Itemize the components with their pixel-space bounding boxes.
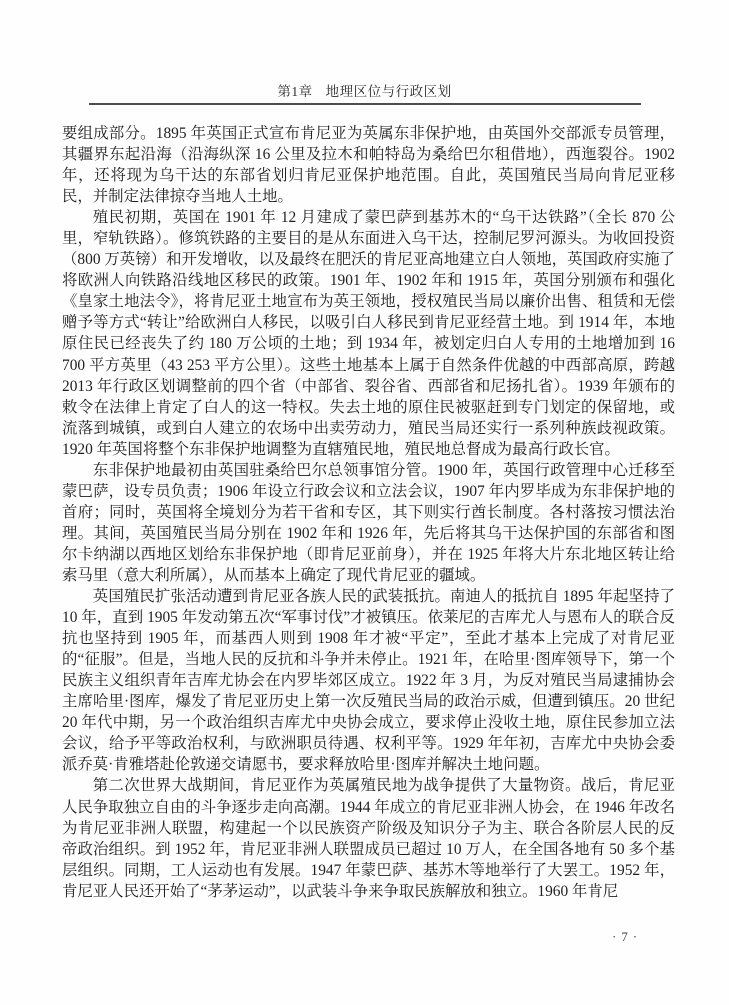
chapter-number: 第1章 (277, 84, 312, 99)
running-header: 第1章地理区位与行政区划 (0, 80, 729, 100)
page-number: · 7 · (0, 930, 638, 945)
paragraph-continued: 要组成部分。1895 年英国正式宣布肯尼亚为英属东非保护地，由英国外交部派专员管… (62, 123, 675, 207)
header-rule (89, 103, 641, 105)
paragraph: 英国殖民扩张活动遭到肯尼亚各族人民的武装抵抗。南迪人的抵抗自 1895 年起坚持… (62, 586, 675, 775)
paragraph: 殖民初期，英国在 1901 年 12 月建成了蒙巴萨到基苏木的“乌干达铁路”（全… (62, 207, 675, 460)
page-body: 要组成部分。1895 年英国正式宣布肯尼亚为英属东非保护地，由英国外交部派专员管… (62, 123, 675, 902)
paragraph: 东非保护地最初由英国驻桑给巴尔总领事馆分管。1900 年，英国行政管理中心迁移至… (62, 460, 675, 586)
book-page: 第1章地理区位与行政区划 要组成部分。1895 年英国正式宣布肯尼亚为英属东非保… (0, 0, 729, 1005)
chapter-title: 地理区位与行政区划 (326, 84, 452, 99)
paragraph: 第二次世界大战期间，肯尼亚作为英属殖民地为战争提供了大量物资。战后，肯尼亚人民争… (62, 775, 675, 901)
